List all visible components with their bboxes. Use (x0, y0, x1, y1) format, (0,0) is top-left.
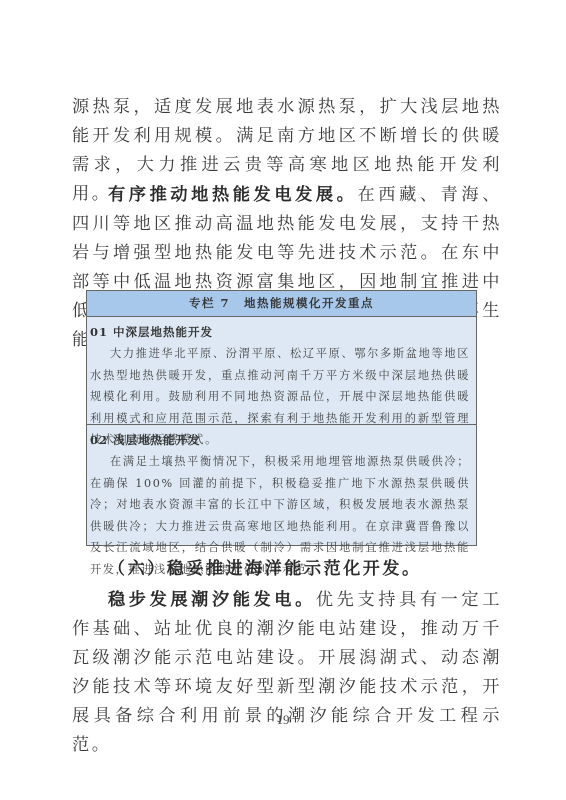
paragraph-lead: 有序推动地热能发电发展。 (108, 185, 357, 205)
section-title-text: 浅层地热能开发 (113, 433, 201, 447)
section-title: 01中深层地热能开发 (90, 321, 472, 343)
page-number: 19 (0, 712, 566, 728)
section-title: 02浅层地热能开发 (90, 429, 472, 451)
feature-box-geothermal: 专栏 7地热能规模化开发重点 01中深层地热能开发 大力推进华北平原、汾渭平原、… (86, 290, 477, 546)
section-heading-ocean-energy: （六）稳妥推进海洋能示范化开发。 (108, 555, 422, 584)
section-title-text: 中深层地热能开发 (113, 325, 213, 339)
box-section-mid-deep: 01中深层地热能开发 大力推进华北平原、汾渭平原、松辽平原、鄂尔多斯盆地等地区水… (87, 317, 476, 424)
section-number: 02 (90, 433, 108, 447)
section-number: 01 (90, 325, 108, 339)
paragraph-text: 优先支持具有一定工作基础、站址优良的潮汐能电站建设，推动万千瓦级潮汐能示范电站建… (72, 590, 502, 755)
paragraph-lead: 稳步发展潮汐能发电。 (108, 590, 316, 610)
box-label: 专栏 7 (189, 296, 230, 310)
box-header: 专栏 7地热能规模化开发重点 (87, 291, 476, 317)
box-title: 地热能规模化开发重点 (244, 296, 374, 310)
paragraph-tidal-power: 稳步发展潮汐能发电。优先支持具有一定工作基础、站址优良的潮汐能电站建设，推动万千… (72, 586, 502, 760)
